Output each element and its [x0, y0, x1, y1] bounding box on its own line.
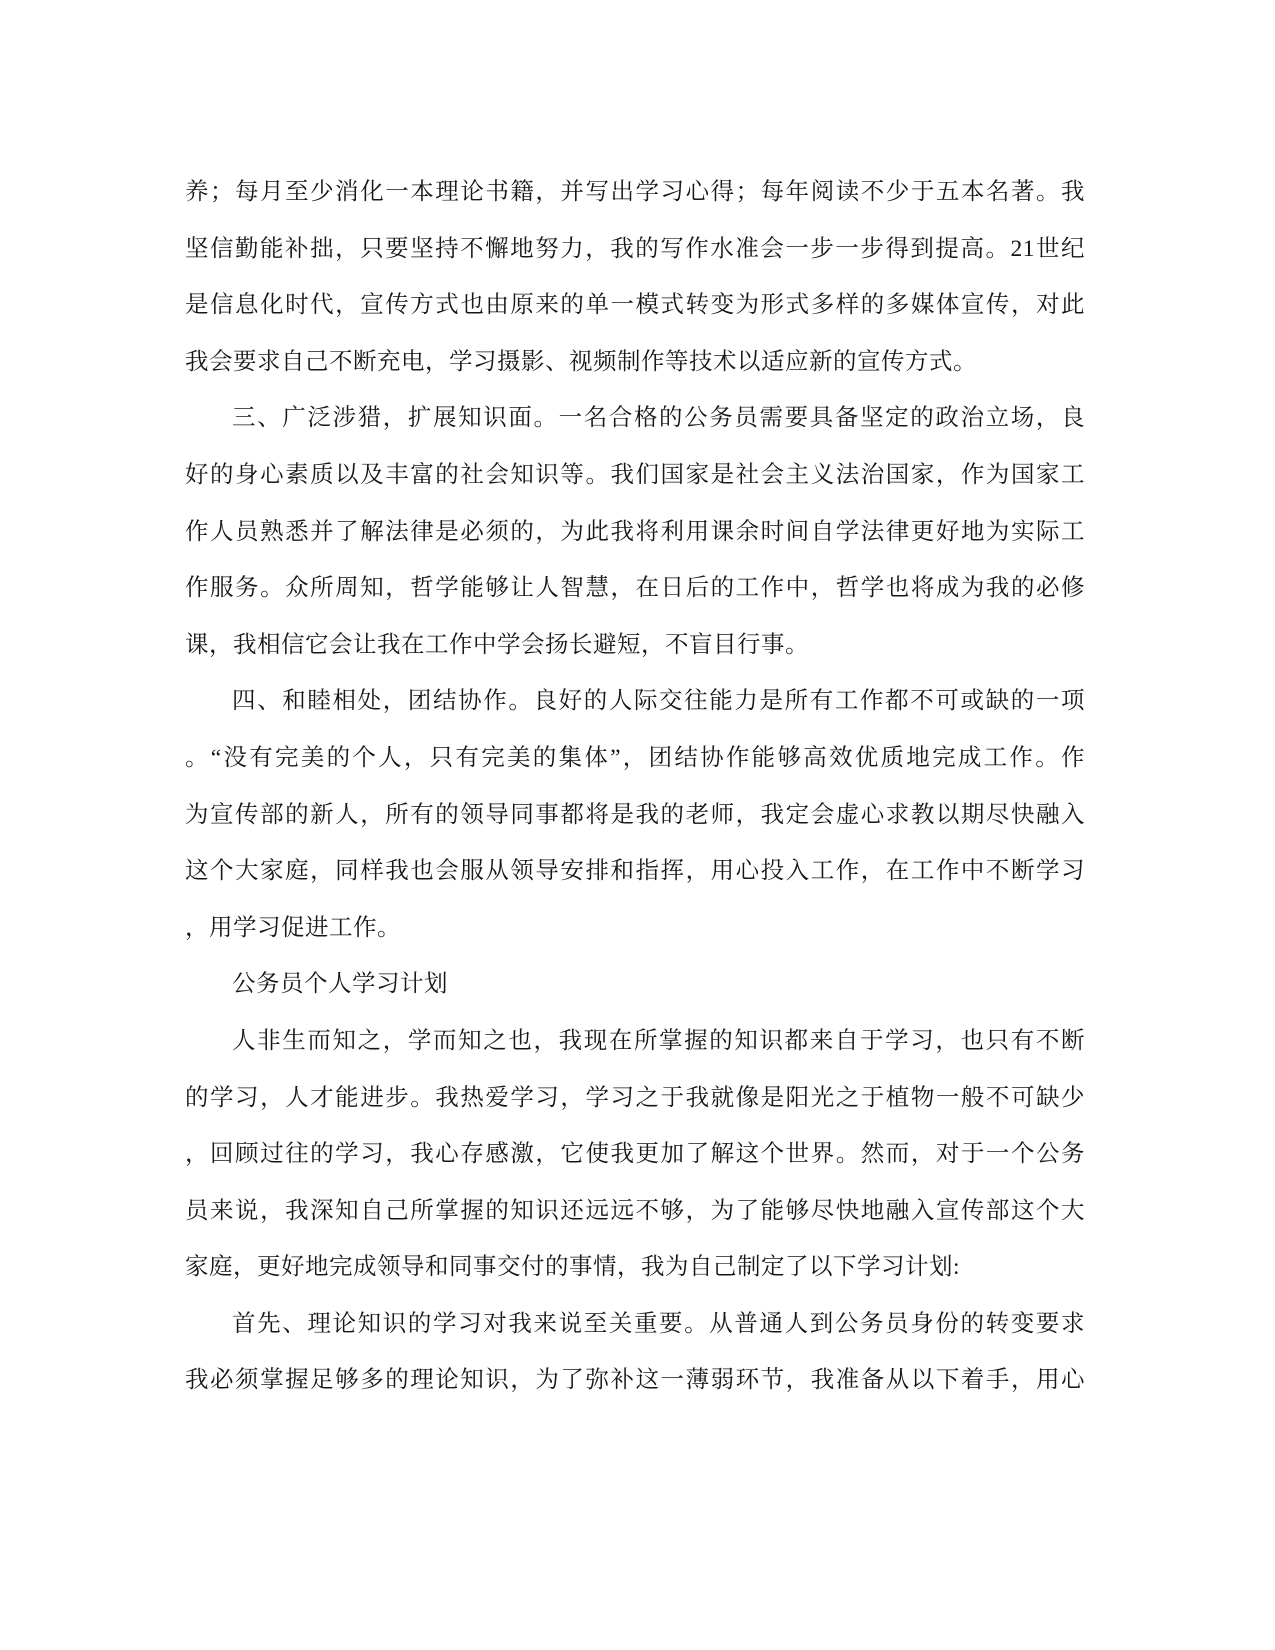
text-line: 人非生而知之，学而知之也，我现在所掌握的知识都来自于学习，也只有不断	[185, 1013, 1085, 1070]
text-line: 作人员熟悉并了解法律是必须的，为此我将利用课余时间自学法律更好地为实际工	[185, 504, 1085, 561]
text-line: 作服务。众所周知，哲学能够让人智慧，在日后的工作中，哲学也将成为我的必修	[185, 560, 1085, 617]
text-line: 我必须掌握足够多的理论知识，为了弥补这一薄弱环节，我准备从以下着手，用心	[185, 1352, 1085, 1409]
text-line: 我会要求自己不断充电，学习摄影、视频制作等技术以适应新的宣传方式。	[185, 334, 1085, 391]
text-line: 的学习，人才能进步。我热爱学习，学习之于我就像是阳光之于植物一般不可缺少	[185, 1070, 1085, 1127]
paragraph: 人非生而知之，学而知之也，我现在所掌握的知识都来自于学习，也只有不断 的学习，人…	[185, 1013, 1085, 1296]
text-line: 好的身心素质以及丰富的社会知识等。我们国家是社会主义法治国家，作为国家工	[185, 447, 1085, 504]
text-line: 首先、理论知识的学习对我来说至关重要。从普通人到公务员身份的转变要求	[185, 1296, 1085, 1353]
subtitle-line: 公务员个人学习计划	[185, 956, 1085, 1013]
paragraph: 三、广泛涉猎，扩展知识面。一名合格的公务员需要具备坚定的政治立场，良 好的身心素…	[185, 390, 1085, 673]
text-line: 。“没有完美的个人，只有完美的集体”，团结协作能够高效优质地完成工作。作	[185, 730, 1085, 787]
text-line: 这个大家庭，同样我也会服从领导安排和指挥，用心投入工作，在工作中不断学习	[185, 843, 1085, 900]
document-page: 养；每月至少消化一本理论书籍，并写出学习心得；每年阅读不少于五本名著。我 坚信勤…	[0, 0, 1275, 1650]
text-line: ，用学习促进工作。	[185, 900, 1085, 957]
text-line: 坚信勤能补拙，只要坚持不懈地努力，我的写作水准会一步一步得到提高。21世纪	[185, 221, 1085, 278]
text-line: 员来说，我深知自己所掌握的知识还远远不够，为了能够尽快地融入宣传部这个大	[185, 1183, 1085, 1240]
text-line: 养；每月至少消化一本理论书籍，并写出学习心得；每年阅读不少于五本名著。我	[185, 164, 1085, 221]
text-line: 三、广泛涉猎，扩展知识面。一名合格的公务员需要具备坚定的政治立场，良	[185, 390, 1085, 447]
text-line: 是信息化时代，宣传方式也由原来的单一模式转变为形式多样的多媒体宣传，对此	[185, 277, 1085, 334]
text-line: 为宣传部的新人，所有的领导同事都将是我的老师，我定会虚心求教以期尽快融入	[185, 787, 1085, 844]
paragraph-subtitle: 公务员个人学习计划	[185, 956, 1085, 1013]
paragraph: 首先、理论知识的学习对我来说至关重要。从普通人到公务员身份的转变要求 我必须掌握…	[185, 1296, 1085, 1409]
text-line: 四、和睦相处，团结协作。良好的人际交往能力是所有工作都不可或缺的一项	[185, 673, 1085, 730]
text-line: 家庭，更好地完成领导和同事交付的事情，我为自己制定了以下学习计划:	[185, 1239, 1085, 1296]
paragraph: 养；每月至少消化一本理论书籍，并写出学习心得；每年阅读不少于五本名著。我 坚信勤…	[185, 164, 1085, 390]
text-line: ，回顾过往的学习，我心存感激，它使我更加了解这个世界。然而，对于一个公务	[185, 1126, 1085, 1183]
paragraph: 四、和睦相处，团结协作。良好的人际交往能力是所有工作都不可或缺的一项 。“没有完…	[185, 673, 1085, 956]
text-line: 课，我相信它会让我在工作中学会扬长避短，不盲目行事。	[185, 617, 1085, 674]
